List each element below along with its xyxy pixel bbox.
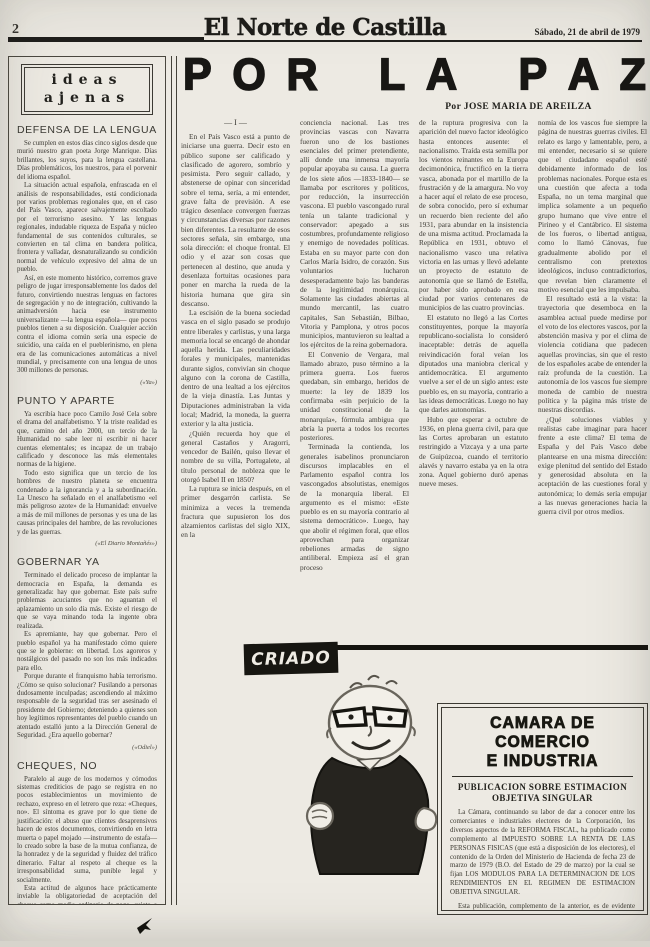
newspaper-page: 2 El Norte de Castilla Sábado, 21 de abr… <box>0 0 650 947</box>
section-credit: («El Diario Montañés») <box>17 540 157 547</box>
article-column-3: de la ruptura progresiva con la aparició… <box>419 118 528 644</box>
article-column-4: nomía de los vascos fue siempre la págin… <box>538 118 647 644</box>
section-heading-cheques: CHEQUES, NO <box>17 760 157 772</box>
section-heading-gobernar: GOBERNAR YA <box>17 556 157 568</box>
section-credit: («Odiel») <box>17 744 157 751</box>
column-paragraph: conciencia nacional. Las tres provincias… <box>300 118 409 350</box>
column-paragraph: El Convenio de Vergara, mal llamado abra… <box>300 350 409 443</box>
vertical-divider <box>171 56 177 905</box>
ad-paragraph: Esta publicación, complemento de la ante… <box>450 903 635 911</box>
column-paragraph: ¿Qué soluciones viables y realistas cabe… <box>538 415 647 517</box>
column-paragraph: La escisión de la buena sociedad vasca e… <box>181 308 290 428</box>
section-paragraph: Porque durante el franquismo había terro… <box>17 673 157 740</box>
column-paragraph: Terminada la contienda, los generales is… <box>300 442 409 572</box>
cursor-artifact <box>136 917 154 940</box>
column-paragraph: nomía de los vascos fue siempre la págin… <box>538 118 647 294</box>
section-paragraph: Se cumplen en estos días cinco siglos de… <box>17 140 157 182</box>
section-heading-punto: PUNTO Y APARTE <box>17 395 157 407</box>
section-credit: («Ya») <box>17 379 157 386</box>
feature-title-box: ideas ajenas <box>21 64 153 115</box>
camara-comercio-ad: CAMARA DE COMERCIO E INDUSTRIA PUBLICACI… <box>437 703 648 915</box>
article-columns: — I — En el País Vasco está a punto de i… <box>181 118 648 644</box>
ad-title-line2: E INDUSTRIA <box>454 752 632 771</box>
section-heading-defensa: DEFENSA DE LA LENGUA <box>17 124 157 136</box>
section-paragraph: La situación actual española, enfrascada… <box>17 182 157 275</box>
article-column-2: conciencia nacional. Las tres provincias… <box>300 118 409 644</box>
ad-subtitle: PUBLICACION SOBRE ESTIMACION OBJETIVA SI… <box>456 782 629 805</box>
scan-edge <box>0 941 650 947</box>
article-byline: Por JOSE MARIA DE AREILZA <box>391 102 646 112</box>
column-paragraph: ¿Quién recuerda hoy que el general Casta… <box>181 429 290 485</box>
column-paragraph: La ruptura se inicia después, en el prim… <box>181 484 290 540</box>
section-mark: — I — <box>181 118 290 127</box>
ideas-ajenas-column: ideas ajenas DEFENSA DE LA LENGUA Se cum… <box>8 56 166 905</box>
section-paragraph: Todo esto significa que un tercio de los… <box>17 470 157 537</box>
column-paragraph: El resultado está a la vista: la trayect… <box>538 294 647 414</box>
column-paragraph: Hubo que esperar a octubre de 1936, en p… <box>419 415 528 489</box>
column-paragraph: de la ruptura progresiva con la aparició… <box>419 118 528 313</box>
section-paragraph: Esta actitud de algunos hace prácticamen… <box>17 885 157 905</box>
column-paragraph: El estatuto no llegó a las Cortes consti… <box>419 313 528 415</box>
ad-divider <box>452 776 633 777</box>
issue-date: Sábado, 21 de abril de 1979 <box>534 27 640 37</box>
article-column-1: — I — En el País Vasco está a punto de i… <box>181 118 290 644</box>
section-paragraph: Así, en este momento histórico, corremos… <box>17 275 157 376</box>
ad-title-line1: CAMARA DE COMERCIO <box>454 714 632 752</box>
column-paragraph: En el País Vasco está a punto de iniciar… <box>181 132 290 308</box>
separator-bar <box>332 645 648 650</box>
cartoon-drawing <box>298 666 450 882</box>
section-paragraph: Es apremiante, hay que gobernar. Pero el… <box>17 631 157 673</box>
section-paragraph: Terminado el delicado proceso de implant… <box>17 572 157 631</box>
header-rule <box>8 40 642 42</box>
feature-title: ideas ajenas <box>44 72 130 106</box>
article-headline: POR LA PAZ <box>183 53 646 101</box>
cartoon-man-illustration <box>298 666 450 882</box>
ad-paragraph: La Cámara, continuando su labor de dar a… <box>450 809 635 897</box>
section-paragraph: Ya escribía hace poco Camilo José Cela s… <box>17 411 157 470</box>
section-paragraph: Paralelo al auge de los modernos y cómod… <box>17 776 157 885</box>
